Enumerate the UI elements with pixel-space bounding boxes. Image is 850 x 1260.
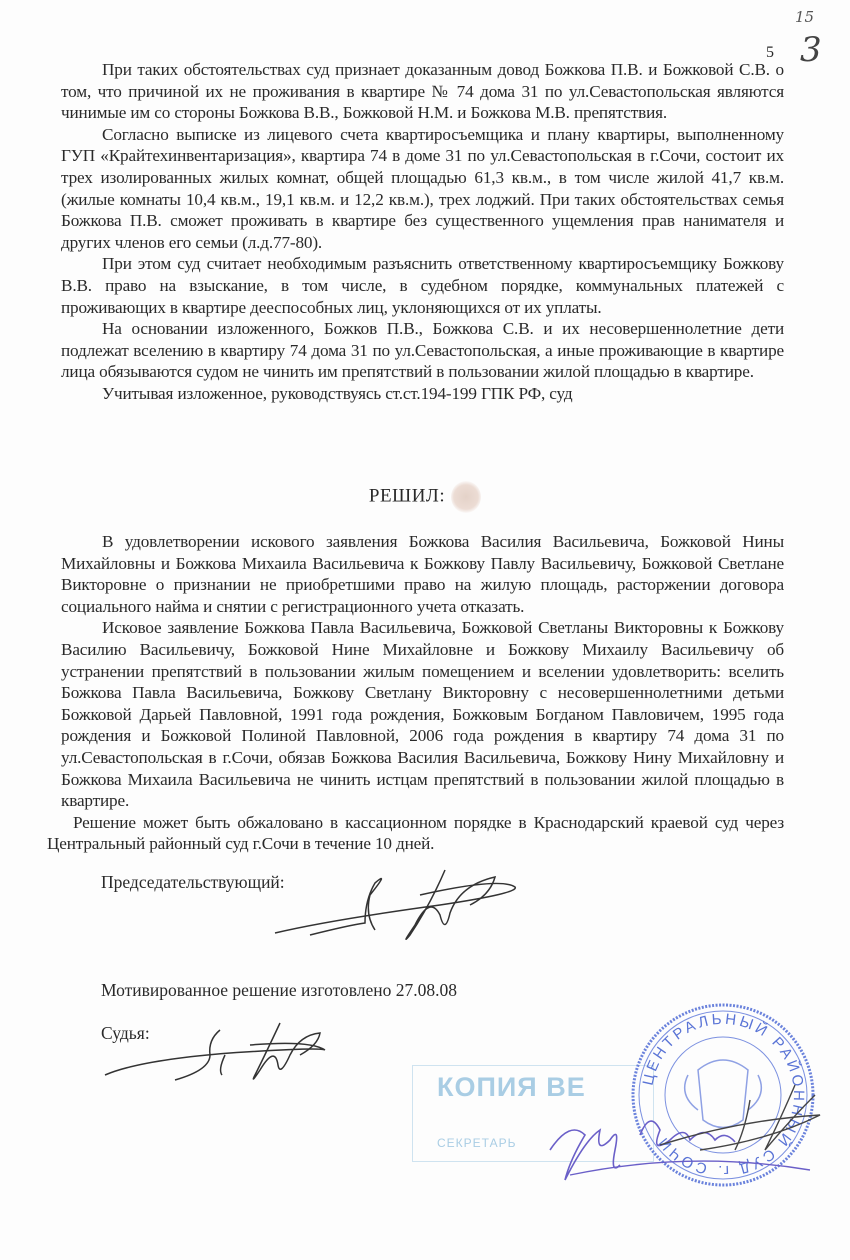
paragraph: Согласно выписке из лицевого счета кварт… <box>61 124 784 254</box>
paragraph: Решение может быть обжаловано в кассацио… <box>47 812 784 855</box>
paragraph: В удовлетворении искового заявления Божк… <box>61 531 784 617</box>
paragraph: При этом суд считает необходимым разъясн… <box>61 253 784 318</box>
paragraph: Исковое заявление Божкова Павла Васильев… <box>61 617 784 811</box>
copy-stamp-role: СЕКРЕТАРЬ <box>437 1136 516 1150</box>
secretary-signature-icon <box>540 1080 830 1190</box>
handwritten-sheet-number: 3 <box>800 30 822 70</box>
decision-heading-text: РЕШИЛ: <box>369 485 445 506</box>
decision-heading: РЕШИЛ: <box>0 481 850 513</box>
paragraph: При таких обстоятельствах суд признает д… <box>61 59 784 124</box>
paragraph: На основании изложенного, Божков П.В., Б… <box>61 318 784 383</box>
reasoning-section: При таких обстоятельствах суд признает д… <box>61 59 784 405</box>
judge-signature-icon <box>100 1015 340 1085</box>
motivated-decision-date: Мотивированное решение изготовлено 27.08… <box>101 980 457 1001</box>
ink-spot <box>451 481 481 513</box>
document-page: 15 3 5 При таких обстоятельствах суд при… <box>0 0 850 1260</box>
presiding-label: Председательствующий: <box>101 872 285 893</box>
presiding-signature-icon <box>270 865 530 945</box>
handwritten-sheet-ref: 15 <box>795 8 814 26</box>
decision-section: В удовлетворении искового заявления Божк… <box>61 531 784 855</box>
paragraph: Учитывая изложенное, руководствуясь ст.с… <box>61 383 784 405</box>
